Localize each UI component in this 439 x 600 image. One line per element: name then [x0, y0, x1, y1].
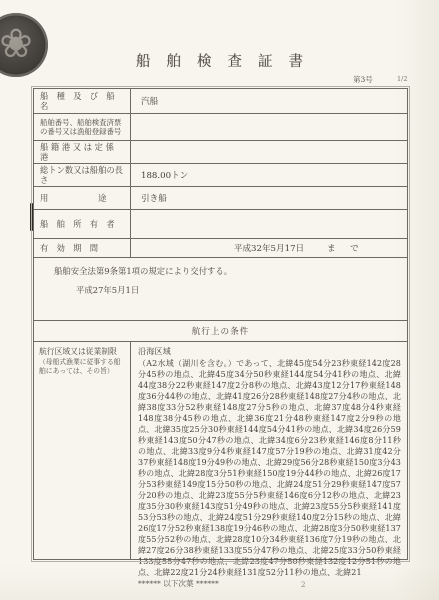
table-row-use: 用 途 引き船 [34, 187, 407, 210]
port-of-registry-value [131, 141, 407, 163]
validity-label: 有 効 期 間 [34, 239, 131, 257]
certificate-table: 船 種 及 び 船 名 汽船 船舶番号、船舶検査済票の番号又は漁船登録番号 船 … [33, 88, 408, 560]
use-label: 用 途 [34, 187, 131, 209]
ship-type-label: 船 種 及 び 船 名 [34, 89, 131, 113]
navigation-area-body-cell: 沿海区域 （A2水域（湖川を含む。）であって、北緯45度54分23秒東経142度… [131, 342, 407, 559]
table-row-gross-tonnage: 総トン数又は船舶の長さ 188.00トン [34, 164, 407, 187]
port-of-registry-label: 船 籍 港 又 は 定 係 港 [34, 141, 131, 163]
navigation-area-label-cell: 航行区域又は従業制限 （母船式漁業に従事する船舶にあっては、その旨） [34, 342, 131, 559]
table-row-validity: 有 効 期 間 平成32年5月17日 ま で [34, 239, 407, 258]
table-row-port-of-registry: 船 籍 港 又 は 定 係 港 [34, 141, 407, 164]
coastal-area-coordinates-text: （A2水域（湖川を含む。）であって、北緯45度54分23秒東経142度28分45… [138, 358, 401, 578]
ship-number-value [131, 114, 407, 140]
table-row-owner: 船 舶 所 有 者 [34, 210, 407, 239]
ship-type-value: 汽船 [131, 89, 407, 113]
form-number: 第3号 [353, 74, 373, 85]
validity-suffix: ま で [327, 242, 362, 254]
issuance-date: 平成27年5月1日 [76, 284, 407, 296]
issuance-statement: 船舶安全法第9条第1項の規定により交付する。 [54, 265, 407, 277]
navigation-conditions-header: 航行上の条件 [34, 321, 407, 342]
validity-date: 平成32年5月17日 [234, 242, 304, 254]
navigation-area-label-note: （母船式漁業に従事する船舶にあっては、その旨） [39, 358, 126, 376]
ship-number-label: 船舶番号、船舶検査済票の番号又は漁船登録番号 [34, 114, 131, 140]
owner-value [131, 210, 407, 238]
table-row-ship-type: 船 種 及 び 船 名 汽船 [34, 89, 407, 114]
owner-label: 船 舶 所 有 者 [34, 210, 131, 238]
page-indicator: 1/2 [397, 75, 407, 83]
footer-page-mark: 2 [301, 581, 305, 589]
use-value: 引き船 [131, 187, 407, 209]
continuation-footer: ****** 以下次葉 ****** 2 [138, 578, 401, 591]
validity-value: 平成32年5月17日 ま で [131, 239, 407, 257]
page-title: 船舶検査証書 [0, 50, 439, 71]
navigation-conditions-row: 航行区域又は従業制限 （母船式漁業に従事する船舶にあっては、その旨） 沿海区域 … [34, 342, 407, 559]
issuance-section: 船舶安全法第9条第1項の規定により交付する。 平成27年5月1日 [34, 258, 407, 321]
coastal-area-title: 沿海区域 [138, 346, 401, 357]
navigation-area-label: 航行区域又は従業制限 [39, 347, 126, 357]
gross-tonnage-value: 188.00トン [131, 164, 407, 186]
certificate-page: ❀ 船舶検査証書 第3号 1/2 船 種 及 び 船 名 汽船 船舶番号、船舶検… [0, 0, 439, 600]
gross-tonnage-label: 総トン数又は船舶の長さ [34, 164, 131, 186]
continuation-note: ****** 以下次葉 ****** [138, 578, 219, 589]
table-row-ship-number: 船舶番号、船舶検査済票の番号又は漁船登録番号 [34, 114, 407, 141]
